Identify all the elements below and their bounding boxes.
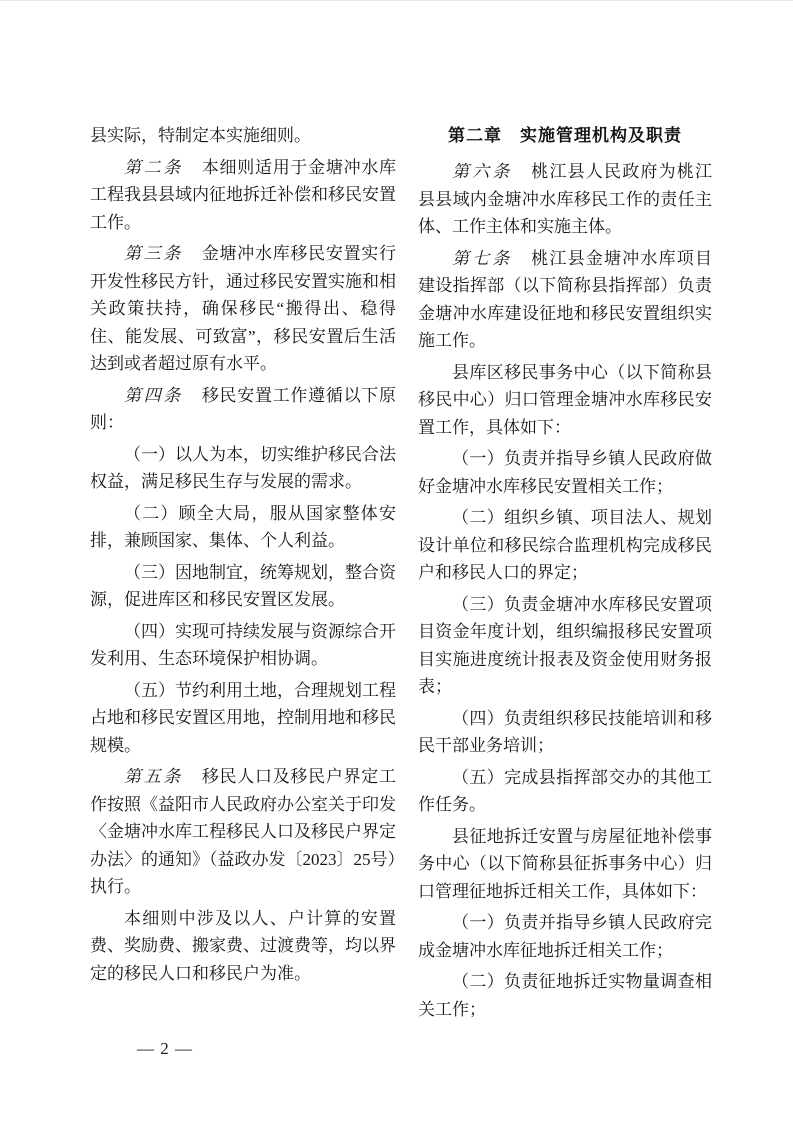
article-number: 第五条 [124, 767, 183, 786]
paragraph-text: 县征地拆迁安置与房屋征地补偿事务中心（以下简称县征拆事务中心）归口管理征地拆迁相… [418, 827, 712, 901]
article-number: 第六条 [452, 162, 513, 181]
paragraph: （三）负责金塘冲水库移民安置项目资金年度计划，组织编报移民安置项目实施进度统计报… [418, 591, 712, 701]
page-number: — 2 — [137, 1035, 193, 1063]
paragraph-text: （一）负责并指导乡镇人民政府完成金塘冲水库征地拆迁相关工作； [418, 913, 712, 960]
paragraph: （二）顾全大局，服从国家整体安排，兼顾国家、集体、个人利益。 [90, 500, 396, 555]
paragraph: （一）负责并指导乡镇人民政府完成金塘冲水库征地拆迁相关工作； [418, 909, 712, 964]
article-number: 第三条 [124, 244, 183, 263]
paragraph: 第二条本细则适用于金塘冲水库工程我县县域内征地拆迁补偿和移民安置工作。 [90, 154, 396, 237]
paragraph: （一）负责并指导乡镇人民政府做好金塘冲水库移民安置相关工作； [418, 445, 712, 500]
paragraph-text: （三）因地制宜，统筹规划，整合资源，促进库区和移民安置区发展。 [90, 563, 396, 610]
paragraph: （五）节约利用土地，合理规划工程占地和移民安置区用地，控制用地和移民规模。 [90, 677, 396, 760]
paragraph: 第六条桃江县人民政府为桃江县县域内金塘冲水库移民工作的责任主体、工作主体和实施主… [418, 158, 712, 241]
paragraph: 县库区移民事务中心（以下简称县移民中心）归口管理金塘冲水库移民安置工作，具体如下… [418, 359, 712, 442]
paragraph-text: （一）负责并指导乡镇人民政府做好金塘冲水库移民安置相关工作； [418, 449, 712, 496]
right-column: 第二章 实施管理机构及职责 第六条桃江县人民政府为桃江县县域内金塘冲水库移民工作… [418, 122, 712, 1027]
paragraph: 第三条金塘冲水库移民安置实行开发性移民方针，通过移民安置实施和相关政策扶持，确保… [90, 240, 396, 378]
paragraph-text: （二）组织乡镇、项目法人、规划设计单位和移民综合监理机构完成移民户和移民人口的界… [418, 508, 712, 582]
paragraph: （四）实现可持续发展与资源综合开发利用、生态环境保护相协调。 [90, 618, 396, 673]
paragraph: 第七条桃江县金塘冲水库项目建设指挥部（以下简称县指挥部）负责金塘冲水库建设征地和… [418, 245, 712, 355]
left-column: 县实际，特制定本实施细则。 第二条本细则适用于金塘冲水库工程我县县域内征地拆迁补… [90, 122, 396, 1027]
paragraph: （五）完成县指挥部交办的其他工作任务。 [418, 764, 712, 819]
paragraph: （二）组织乡镇、项目法人、规划设计单位和移民综合监理机构完成移民户和移民人口的界… [418, 504, 712, 587]
paragraph: 县实际，特制定本实施细则。 [90, 122, 396, 150]
paragraph-text: 移民人口及移民户界定工作按照《益阳市人民政府办公室关于印发〈金塘冲水库工程移民人… [90, 767, 396, 896]
paragraph-text: （二）负责征地拆迁实物量调查相关工作； [418, 972, 712, 1019]
paragraph: （三）因地制宜，统筹规划，整合资源，促进库区和移民安置区发展。 [90, 559, 396, 614]
paragraph: 第四条移民安置工作遵循以下原则： [90, 382, 396, 437]
article-number: 第七条 [452, 249, 513, 268]
paragraph: 本细则中涉及以人、户计算的安置费、奖励费、搬家费、过渡费等，均以界定的移民人口和… [90, 905, 396, 988]
chapter-heading: 第二章 实施管理机构及职责 [418, 122, 712, 150]
document-page: 县实际，特制定本实施细则。 第二条本细则适用于金塘冲水库工程我县县域内征地拆迁补… [0, 0, 793, 1123]
article-number: 第二条 [124, 158, 183, 177]
paragraph: 第五条移民人口及移民户界定工作按照《益阳市人民政府办公室关于印发〈金塘冲水库工程… [90, 763, 396, 901]
paragraph: （一）以人为本，切实维护移民合法权益，满足移民生存与发展的需求。 [90, 441, 396, 496]
paragraph: 县征地拆迁安置与房屋征地补偿事务中心（以下简称县征拆事务中心）归口管理征地拆迁相… [418, 823, 712, 906]
paragraph-text: （二）顾全大局，服从国家整体安排，兼顾国家、集体、个人利益。 [90, 504, 396, 551]
paragraph-text: （三）负责金塘冲水库移民安置项目资金年度计划，组织编报移民安置项目实施进度统计报… [418, 595, 712, 697]
paragraph: （二）负责征地拆迁实物量调查相关工作； [418, 968, 712, 1023]
paragraph-text: （五）节约利用土地，合理规划工程占地和移民安置区用地，控制用地和移民规模。 [90, 681, 396, 755]
article-number: 第四条 [124, 386, 183, 405]
paragraph-text: （一）以人为本，切实维护移民合法权益，满足移民生存与发展的需求。 [90, 445, 396, 492]
paragraph-text: （四）负责组织移民技能培训和移民干部业务培训； [418, 709, 712, 756]
page-content: 县实际，特制定本实施细则。 第二条本细则适用于金塘冲水库工程我县县域内征地拆迁补… [90, 122, 712, 1027]
paragraph-text: （五）完成县指挥部交办的其他工作任务。 [418, 768, 712, 815]
paragraph-text: 县库区移民事务中心（以下简称县移民中心）归口管理金塘冲水库移民安置工作，具体如下… [418, 363, 712, 437]
paragraph-text: 本细则中涉及以人、户计算的安置费、奖励费、搬家费、过渡费等，均以界定的移民人口和… [90, 909, 396, 983]
paragraph-text: 县实际，特制定本实施细则。 [90, 126, 311, 145]
paragraph: （四）负责组织移民技能培训和移民干部业务培训； [418, 705, 712, 760]
paragraph-text: 金塘冲水库移民安置实行开发性移民方针，通过移民安置实施和相关政策扶持，确保移民“… [90, 244, 396, 373]
paragraph-text: （四）实现可持续发展与资源综合开发利用、生态环境保护相协调。 [90, 622, 396, 669]
